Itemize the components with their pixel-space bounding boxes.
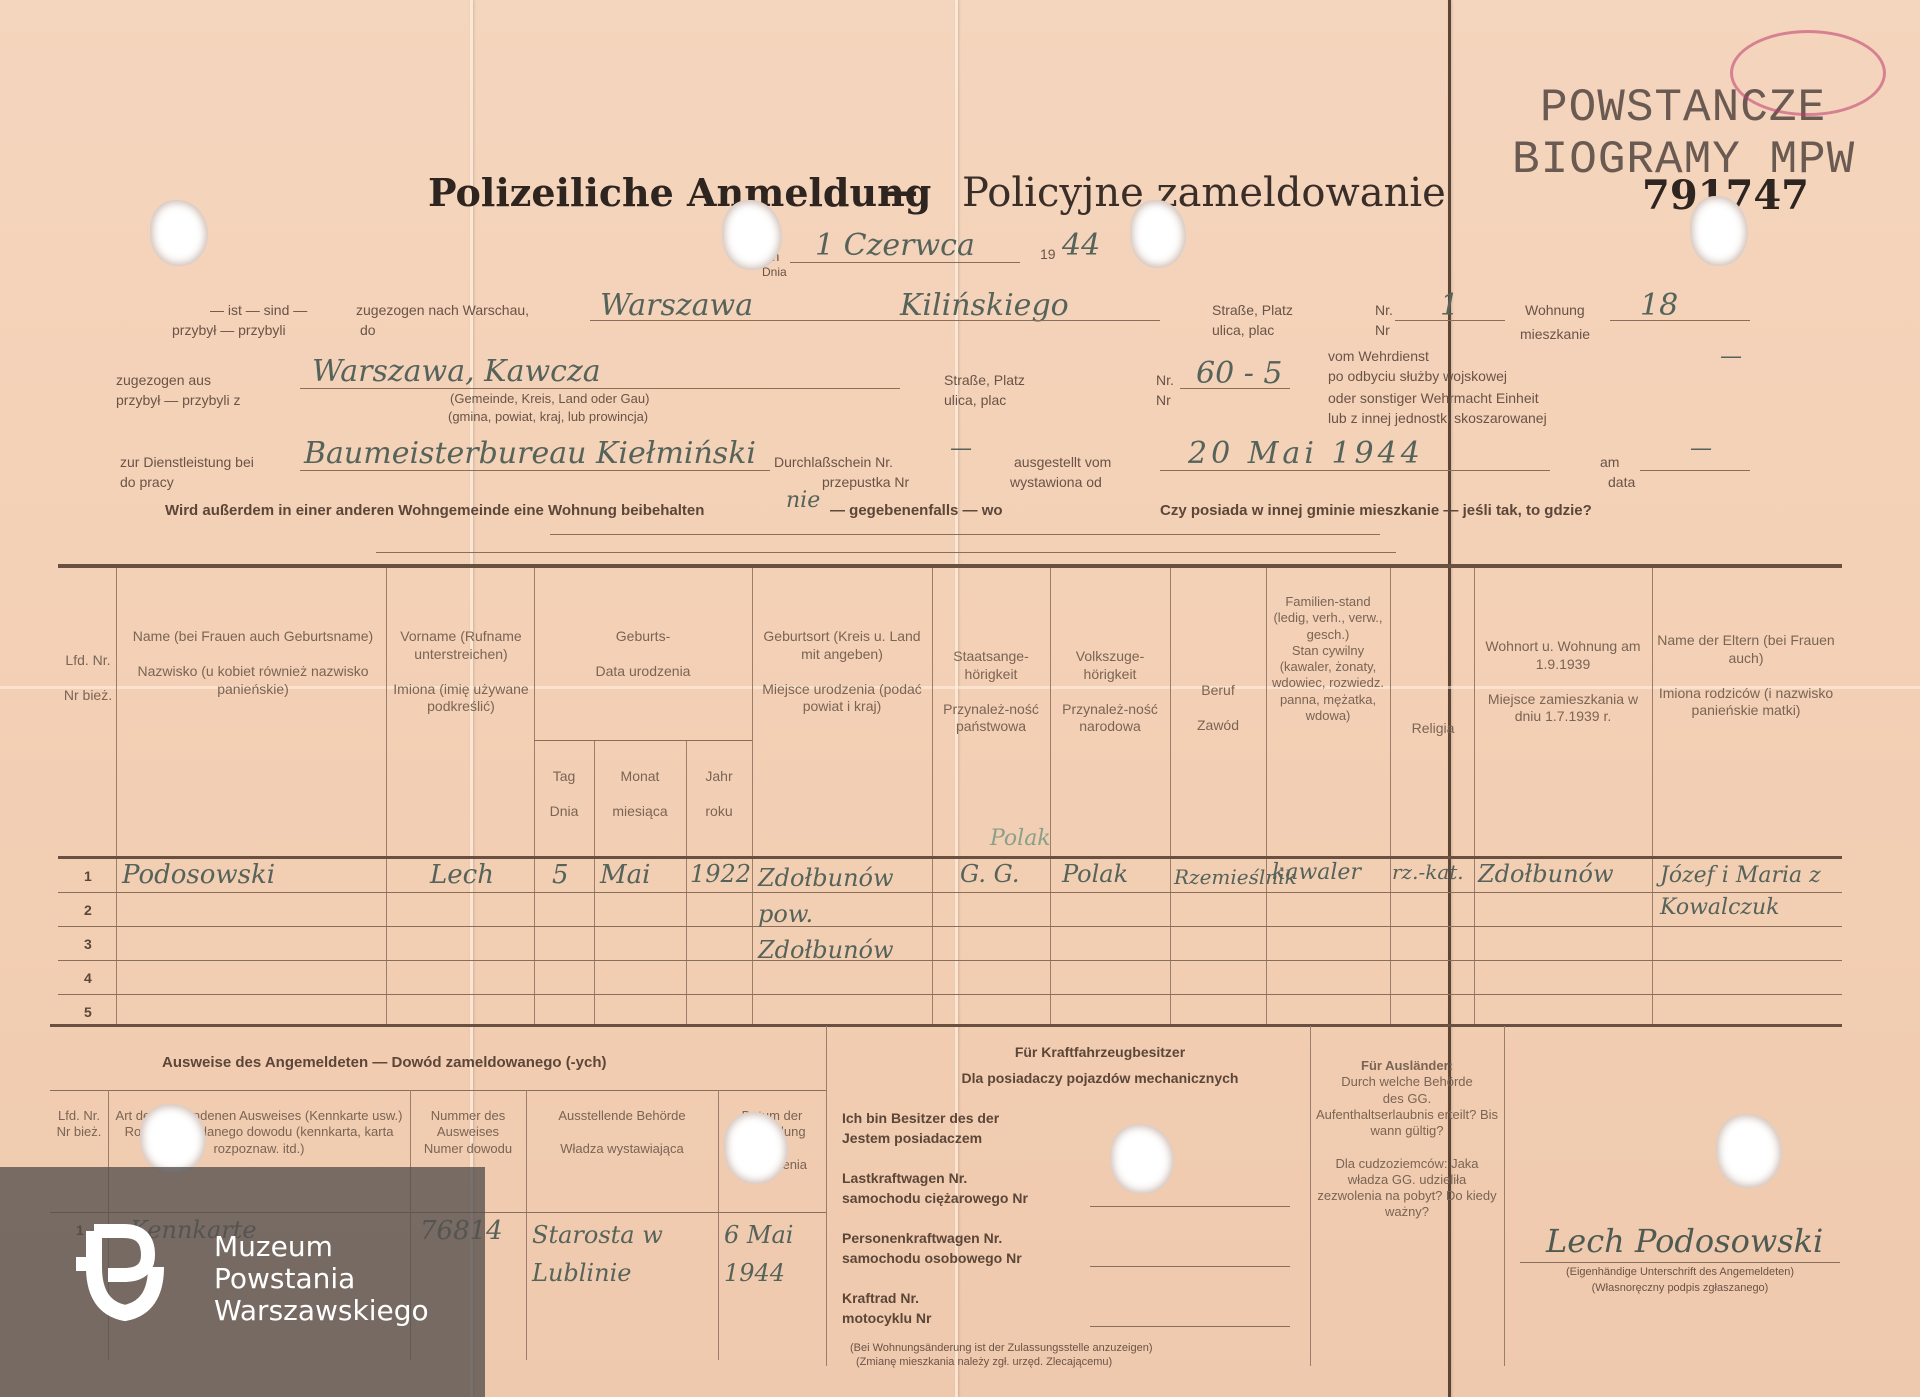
arrived-label-pl: przybył — przybyli [172, 322, 286, 338]
signature-line [1520, 1262, 1840, 1263]
col-pl: Dnia [550, 803, 579, 819]
military-line3: oder sonstiger Wehrmacht Einheit [1328, 390, 1539, 406]
col-pl: Stan cywilny (kawaler, żonaty, wdowiec, … [1272, 643, 1384, 723]
street-to-value: Kilińskiego [900, 288, 1069, 323]
vehicle-footnote-pl: (Zmianę mieszkania należy zgł. urzęd. Zl… [856, 1356, 1112, 1369]
moved-from-value: Warszawa, Kawcza [312, 354, 601, 389]
col-divider [534, 568, 535, 1024]
col-header-birthdate: Geburts-Data urodzenia [540, 628, 746, 681]
military-line1: vom Wehrdienst [1328, 348, 1429, 364]
title-german: Polizeiliche Anmeldung [428, 170, 931, 215]
polska-walczaca-anchor-icon [62, 1211, 188, 1337]
cell-surname: Podosowski [122, 860, 275, 890]
title-dash: — [880, 168, 918, 213]
moved-to-value: Warszawa [600, 288, 753, 323]
paper-hole [1130, 200, 1186, 268]
apartment-label-de: Wohnung [1525, 302, 1585, 318]
year-prefix: 19 [1040, 246, 1056, 262]
col-header-firstname: Vorname (Rufname unterstreichen)Imiona (… [392, 628, 530, 716]
work-label-de: zur Dienstleistung bei [120, 454, 254, 470]
moved-to-label-de: zugezogen nach Warschau, [356, 302, 529, 318]
nr-from-value: 60 - 5 [1196, 356, 1282, 391]
col-header-nr: Lfd. Nr.Nr bież. [60, 652, 116, 705]
col-de: Beruf [1201, 682, 1234, 698]
col-divider [686, 740, 687, 1024]
col-pl: Przynależ-ność narodowa [1062, 701, 1158, 735]
issued-label-de: ausgestellt vom [1014, 454, 1111, 470]
col-pl: Numer dowodu [424, 1141, 512, 1156]
col-pl: Miejsce zamieszkania w dniu 1.7.1939 r. [1488, 691, 1638, 725]
col-header-birthplace: Geburtsort (Kreis u. Land mit angeben)Mi… [758, 628, 926, 716]
row-rule [58, 926, 1842, 927]
col-de: Monat [621, 768, 660, 784]
row-rule [58, 994, 1842, 995]
col-de: Jahr [705, 768, 732, 784]
title-polish: Policyjne zameldowanie [962, 170, 1446, 216]
underline [376, 552, 1396, 553]
museum-logo-overlay: Muzeum Powstania Warszawskiego [0, 1167, 485, 1397]
cell-marital-status: kawaler [1272, 860, 1361, 885]
other-home-pl: Czy posiada w innej gminie mieszkanie — … [1160, 502, 1592, 519]
underline [1090, 1326, 1290, 1327]
col-de: Staatsange-hörigkeit [953, 648, 1029, 682]
subcol-year: Jahrroku [688, 768, 750, 821]
cell-residence-1939: Zdołbunów [1478, 860, 1614, 888]
paper-hole [140, 1104, 206, 1174]
pass-value: — [950, 436, 972, 461]
col-pl: Imiona rodziców (i nazwisko panieńskie m… [1659, 685, 1833, 719]
until-value: — [1690, 436, 1712, 461]
moved-from-label-pl: przybył — przybyli z [116, 392, 240, 408]
id-section-rule [50, 1090, 826, 1091]
until-label-pl: data [1608, 474, 1635, 490]
col-divider [386, 568, 387, 1024]
vehicle-title-de: Für Kraftfahrzeugbesitzer [900, 1044, 1300, 1060]
paper-hole [1110, 1124, 1174, 1194]
cell-first-name: Lech [430, 860, 494, 890]
cell-year: 1922 [690, 860, 751, 888]
year-value: 44 [1062, 228, 1100, 263]
logo-line3: Warszawskiego [214, 1295, 429, 1327]
underline [550, 534, 1380, 535]
paper-hole [722, 200, 782, 270]
underline [1180, 388, 1290, 389]
col-divider [1390, 568, 1391, 1024]
col-de: Nummer des Ausweises [431, 1108, 505, 1139]
signature-value: Lech Podosowski [1546, 1222, 1823, 1260]
underline [790, 262, 1020, 263]
work-value: Baumeisterbureau Kiełmiński [304, 436, 756, 471]
row-number: 2 [84, 902, 92, 918]
ink-stamp [1730, 30, 1886, 116]
paper-hole [1690, 196, 1748, 266]
moved-from-sub-pl: (gmina, powiat, kraj, lub prowincja) [448, 410, 648, 425]
cell-day: 5 [552, 860, 569, 890]
subcol-month: Monatmiesiąca [596, 768, 684, 821]
col-pl: Data urodzenia [596, 663, 691, 679]
until-label-de: am [1600, 454, 1619, 470]
col-de: Geburts- [616, 628, 670, 644]
vehicle-moto-de: Kraftrad Nr. [842, 1290, 919, 1306]
section-divider [1504, 1026, 1505, 1366]
col-de: Name der Eltern (bei Frauen auch) [1657, 632, 1834, 666]
col-divider [1170, 568, 1171, 1024]
table-top-rule [58, 564, 1842, 568]
annotation-pencil: Polak [990, 826, 1051, 851]
col-divider [718, 1090, 719, 1360]
paper-hole [1716, 1114, 1782, 1188]
id-section-title: Ausweise des Angemeldeten — Dowód zameld… [162, 1054, 607, 1071]
logo-line2: Powstania [214, 1263, 355, 1295]
foreigner-line2: des GG. [1383, 1091, 1431, 1106]
cell-nationality: Polak [1062, 860, 1128, 888]
cell-month: Mai [600, 860, 650, 890]
vehicle-footnote-de: (Bei Wohnungsänderung ist der Zulassungs… [850, 1342, 1152, 1355]
col-pl: Zawód [1197, 717, 1239, 733]
underline [1090, 1206, 1290, 1207]
military-value: — [1720, 344, 1742, 369]
underline [1090, 1266, 1290, 1267]
col-divider [752, 568, 753, 1024]
vehicle-truck-pl: samochodu ciężarowego Nr [842, 1190, 1028, 1206]
foreigner-title: Für Ausländer: [1361, 1058, 1453, 1073]
vehicle-truck-de: Lastkraftwagen Nr. [842, 1170, 967, 1186]
underline [1160, 470, 1550, 471]
col-de: Familien-stand (ledig, verh., verw., ges… [1273, 594, 1382, 642]
underline [1395, 320, 1505, 321]
foreigner-line1: Durch welche Behörde [1341, 1074, 1473, 1089]
section-divider [826, 1026, 827, 1366]
col-de: Volkszuge-hörigkeit [1076, 648, 1144, 682]
col-pl: Przynależ-ność państwowa [943, 701, 1039, 735]
signature-caption-pl: (Własnoręczny podpis zgłaszanego) [1510, 1282, 1850, 1295]
col-divider [594, 740, 595, 1024]
row-number: 1 [84, 868, 92, 884]
row-number: 3 [84, 936, 92, 952]
col-header-parents: Name der Eltern (bei Frauen auch)Imiona … [1656, 632, 1836, 720]
pass-label-pl: przepustka Nr [822, 474, 909, 490]
paper-hole [150, 200, 208, 266]
col-divider [526, 1090, 527, 1360]
nr-to-value: 1 [1440, 288, 1459, 323]
col-de: Tag [553, 768, 576, 784]
col-de: Ausstellende Behörde [558, 1108, 685, 1123]
foreigner-line3: Aufenthaltserlaubnis erteilt? Bis wann g… [1316, 1107, 1498, 1138]
underline [300, 388, 900, 389]
table-bottom-rule [50, 1024, 1842, 1027]
col-header-name: Name (bei Frauen auch Geburtsname)Nazwis… [130, 628, 376, 698]
col-divider [932, 568, 933, 1024]
col-header-residence: Wohnort u. Wohnung am 1.9.1939Miejsce za… [1478, 638, 1648, 726]
row-number: 4 [84, 970, 92, 986]
col-pl: Nr bież. [57, 1124, 102, 1139]
cell-profession: Rzemieślnik [1174, 860, 1266, 894]
col-header-profession: BerufZawód [1174, 682, 1262, 735]
issued-label-pl: wystawiona od [1010, 474, 1102, 490]
apartment-label-pl: mieszkanie [1520, 326, 1590, 342]
col-header-religion: Religia [1394, 720, 1472, 738]
vehicle-owner-de: Ich bin Besitzer des der [842, 1110, 999, 1126]
logo-line1: Muzeum [214, 1231, 333, 1263]
underline [1640, 470, 1750, 471]
apartment-value: 18 [1640, 288, 1678, 323]
col-de: Lfd. Nr. [58, 1108, 100, 1123]
work-label-pl: do pracy [120, 474, 174, 490]
col-pl: Nr bież. [64, 687, 112, 703]
arrived-label-de: — ist — sind — [210, 302, 307, 318]
military-line2: po odbyciu służby wojskowej [1328, 368, 1507, 384]
section-divider [1310, 1026, 1311, 1366]
signature-caption-de: (Eigenhändige Unterschrift des Angemelde… [1510, 1266, 1850, 1279]
street-from-label-pl: ulica, plac [944, 392, 1006, 408]
foreigner-section: Für Ausländer: Durch welche Behörde des … [1314, 1058, 1500, 1221]
nr-from-label-pl: Nr [1156, 392, 1171, 408]
moved-from-label-de: zugezogen aus [116, 372, 211, 388]
moved-from-sub-de: (Gemeinde, Kreis, Land oder Gau) [450, 392, 649, 407]
street-from-label-de: Straße, Platz [944, 372, 1025, 388]
col-de: Lfd. Nr. [65, 652, 110, 668]
id-authority-value: Starosta w Lublinie [532, 1216, 718, 1292]
nr-from-label-de: Nr. [1156, 372, 1174, 388]
col-pl: Nazwisko (u kobiet również nazwisko pani… [137, 663, 368, 697]
underline [300, 470, 770, 471]
vehicle-owner-pl: Jestem posiadaczem [842, 1130, 982, 1146]
paper-hole [724, 1112, 788, 1184]
underline [1610, 320, 1750, 321]
col-de: Geburtsort (Kreis u. Land mit angeben) [763, 628, 920, 662]
foreigner-line4: Dla cudzoziemców: Jaka władza GG. udziel… [1317, 1156, 1496, 1220]
col-header-citizenship: Staatsange-hörigkeitPrzynależ-ność państ… [936, 648, 1046, 736]
other-home-value: nie [786, 488, 820, 513]
date-label-pl: Dnia [762, 266, 787, 280]
col-header-marital: Familien-stand (ledig, verh., verw., ges… [1270, 594, 1386, 724]
nr-label-pl: Nr [1375, 322, 1390, 338]
street-label-de: Straße, Platz [1212, 302, 1293, 318]
id-date-value: 6 Mai 1944 [724, 1216, 824, 1292]
other-home-mid: — gegebenenfalls — wo [830, 502, 1003, 519]
vehicle-moto-pl: motocyklu Nr [842, 1310, 931, 1326]
moved-to-label-pl: do [360, 322, 376, 338]
id-col-authority: Ausstellende BehördeWładza wystawiająca [530, 1108, 714, 1157]
id-col-nr: Lfd. Nr.Nr bież. [52, 1108, 106, 1141]
rows-top-rule [58, 856, 1842, 859]
col-divider [1652, 568, 1653, 1024]
col-pl: Religia [1412, 720, 1455, 736]
date-value: 1 Czerwca [815, 228, 975, 263]
col-divider [116, 568, 117, 1024]
col-pl: Władza wystawiająca [560, 1141, 684, 1156]
row-rule [58, 960, 1842, 961]
id-col-number: Nummer des AusweisesNumer dowodu [414, 1108, 522, 1157]
col-pl: Imiona (imię używane podkreślić) [393, 681, 528, 715]
nr-label-de: Nr. [1375, 302, 1393, 318]
col-pl: Miejsce urodzenia (podać powiat i kraj) [762, 681, 922, 715]
col-de: Name (bei Frauen auch Geburtsname) [133, 628, 373, 644]
col-divider [1050, 568, 1051, 1024]
col-pl: roku [705, 803, 732, 819]
col-pl: miesiąca [612, 803, 667, 819]
other-home-de: Wird außerdem in einer anderen Wohngemei… [165, 502, 704, 519]
col-divider [1474, 568, 1475, 1024]
col-divider [1266, 568, 1267, 1024]
col-header-nationality: Volkszuge-hörigkeitPrzynależ-ność narodo… [1054, 648, 1166, 736]
cell-religion: rz.-kat. [1392, 860, 1464, 884]
vehicle-title-pl: Dla posiadaczy pojazdów mechanicznych [860, 1070, 1340, 1086]
street-label-pl: ulica, plac [1212, 322, 1274, 338]
cell-citizenship: G. G. [960, 860, 1020, 888]
issued-value: 20 Mai 1944 [1188, 436, 1424, 471]
military-line4: lub z innej jednostki skoszarowanej [1328, 410, 1547, 426]
vehicle-car-de: Personenkraftwagen Nr. [842, 1230, 1002, 1246]
col-de: Wohnort u. Wohnung am 1.9.1939 [1485, 638, 1640, 672]
col-de: Vorname (Rufname unterstreichen) [400, 628, 521, 662]
row-number: 5 [84, 1004, 92, 1020]
pass-label-de: Durchlaßschein Nr. [774, 454, 893, 470]
vehicle-car-pl: samochodu osobowego Nr [842, 1250, 1022, 1266]
cell-birthplace: Zdołbunów pow. Zdołbunów [758, 860, 930, 968]
subcol-day: TagDnia [536, 768, 592, 821]
cell-parents: Józef i Maria z Kowalczuk [1660, 860, 1840, 924]
subheader-rule [534, 740, 752, 741]
row-rule [58, 892, 1842, 893]
underline [590, 320, 1160, 321]
document-page: POWSTANCZE BIOGRAMY MPW Polizeiliche Anm… [0, 0, 1920, 1397]
